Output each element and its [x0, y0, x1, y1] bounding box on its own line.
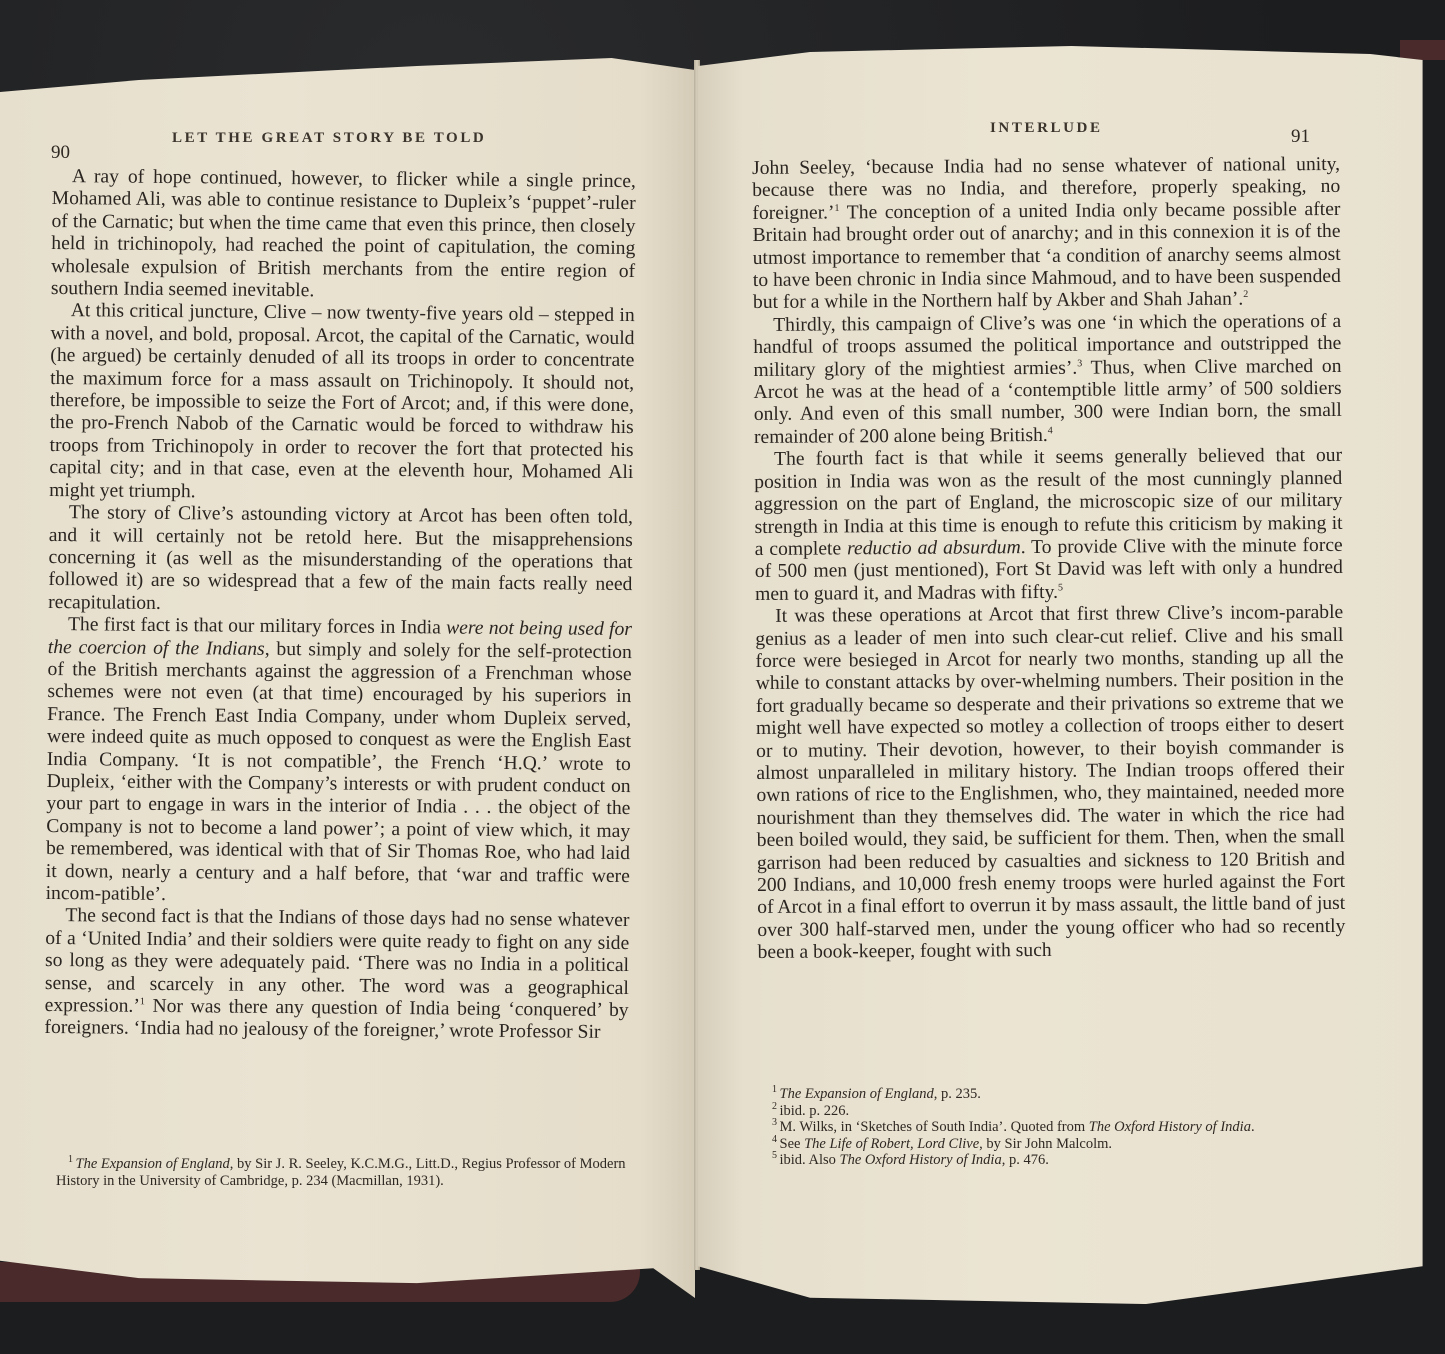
italic-text: The Expansion of England — [780, 1086, 934, 1102]
footnote: 1 The Expansion of England, by Sir J. R.… — [56, 1156, 638, 1189]
body-text-right: John Seeley, ‘because India had no sense… — [752, 154, 1346, 965]
paragraph: The story of Clive’s astounding victory … — [48, 502, 633, 619]
footnote-number: 2 — [772, 1101, 780, 1112]
footnote-marker: 2 — [1243, 289, 1248, 300]
text-run: . — [1251, 1119, 1255, 1135]
footnote-marker: 4 — [1048, 425, 1053, 436]
footnote: 2 ibid. p. 226. — [760, 1103, 1350, 1120]
body-text-left: A ray of hope continued, however, to fli… — [44, 166, 636, 1045]
text-run: See — [780, 1136, 805, 1152]
text-run: The first fact is that our military forc… — [68, 614, 446, 638]
footnote-number: 4 — [772, 1134, 780, 1145]
text-run: , but simply and solely for the self-pro… — [46, 638, 632, 905]
italic-text: The Oxford History of India — [1089, 1119, 1251, 1135]
footnotes-right: 1 The Expansion of England, p. 235.2 ibi… — [760, 1086, 1350, 1169]
italic-text: The Life of Robert, Lord Clive — [804, 1136, 979, 1152]
running-head-right: INTERLUDE — [990, 120, 1103, 137]
paragraph: John Seeley, ‘because India had no sense… — [752, 154, 1341, 315]
paragraph: The first fact is that our military forc… — [46, 614, 633, 910]
text-run: It was these operations at Arcot that fi… — [755, 602, 1345, 963]
italic-text: The Oxford History of India — [840, 1152, 1002, 1168]
book-cover-edge-top-right — [1400, 40, 1445, 60]
right-page: INTERLUDE 91 John Seeley, ‘because India… — [698, 46, 1445, 1304]
page-number-left: 90 — [51, 142, 70, 164]
text-run: A ray of hope continued, however, to fli… — [51, 166, 636, 301]
footnote: 3 M. Wilks, in ‘Sketches of South India’… — [760, 1119, 1350, 1136]
footnotes-left: 1 The Expansion of England, by Sir J. R.… — [56, 1156, 638, 1189]
text-run: ibid. p. 226. — [780, 1103, 850, 1119]
paragraph: The second fact is that the Indians of t… — [44, 905, 629, 1045]
text-run: The conception of a united India only be… — [752, 199, 1340, 314]
footnote: 4 See The Life of Robert, Lord Clive, by… — [760, 1136, 1350, 1153]
paragraph: Thirdly, this campaign of Clive’s was on… — [753, 311, 1342, 450]
footnote: 5 ibid. Also The Oxford History of India… — [760, 1152, 1350, 1169]
text-run: At this critical juncture, Clive – now t… — [49, 301, 635, 502]
footnote-marker: 5 — [1058, 582, 1063, 593]
text-run: M. Wilks, in ‘Sketches of South India’. … — [780, 1119, 1089, 1135]
italic-text: The Expansion of England — [76, 1156, 230, 1172]
running-head-left: LET THE GREAT STORY BE TOLD — [172, 130, 486, 147]
footnote-number: 1 — [68, 1154, 76, 1165]
page-number-right: 91 — [1291, 126, 1310, 148]
paragraph: The fourth fact is that while it seems g… — [754, 445, 1343, 606]
text-run: , p. 476. — [1002, 1152, 1049, 1168]
footnote: 1 The Expansion of England, p. 235. — [760, 1086, 1350, 1103]
text-run: , p. 235. — [934, 1086, 981, 1102]
paragraph: A ray of hope continued, however, to fli… — [51, 166, 636, 306]
text-run: ibid. Also — [780, 1152, 840, 1168]
paragraph: It was these operations at Arcot that fi… — [755, 602, 1345, 965]
italic-text: reductio ad absurdum — [847, 537, 1021, 559]
footnote-number: 1 — [772, 1084, 780, 1095]
paragraph: At this critical juncture, Clive – now t… — [49, 300, 635, 507]
footnote-number: 5 — [772, 1150, 780, 1161]
left-page: 90 LET THE GREAT STORY BE TOLD A ray of … — [0, 58, 695, 1298]
text-run: The story of Clive’s astounding victory … — [48, 502, 633, 613]
footnote-number: 3 — [772, 1117, 780, 1128]
text-run: , by Sir John Malcolm. — [979, 1136, 1112, 1152]
